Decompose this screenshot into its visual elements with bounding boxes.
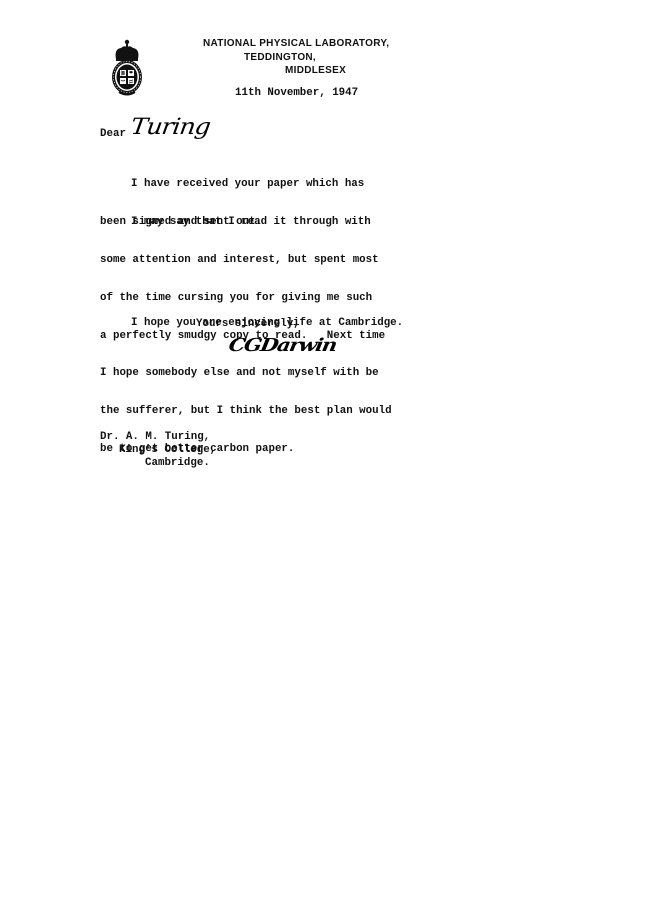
address-line-city: Cambridge.: [145, 457, 210, 470]
body-line: I may say that I read it through with: [100, 216, 392, 229]
salutation-greeting: Dear: [100, 128, 126, 141]
body-line: the sufferer, but I think the best plan …: [100, 405, 392, 418]
closing: Yours sincerely,: [196, 318, 300, 331]
signature-handwritten: CGDarwin: [227, 334, 338, 355]
body-line: I hope somebody else and not myself with…: [100, 367, 392, 380]
royal-crest-icon: [107, 39, 147, 97]
letter-date: 11th November, 1947: [235, 87, 358, 100]
letterhead-town: TEDDINGTON,: [244, 52, 316, 63]
address-line-name: Dr. A. M. Turing,: [100, 431, 210, 444]
letterhead-county: MIDDLESEX: [285, 65, 346, 76]
letterhead-institution: NATIONAL PHYSICAL LABORATORY,: [203, 38, 389, 49]
body-line: I have received your paper which has: [100, 178, 364, 191]
address-line-college: King's College,: [119, 444, 216, 457]
body-line: some attention and interest, but spent m…: [100, 254, 392, 267]
salutation-handwritten-name: Turing: [129, 113, 211, 139]
